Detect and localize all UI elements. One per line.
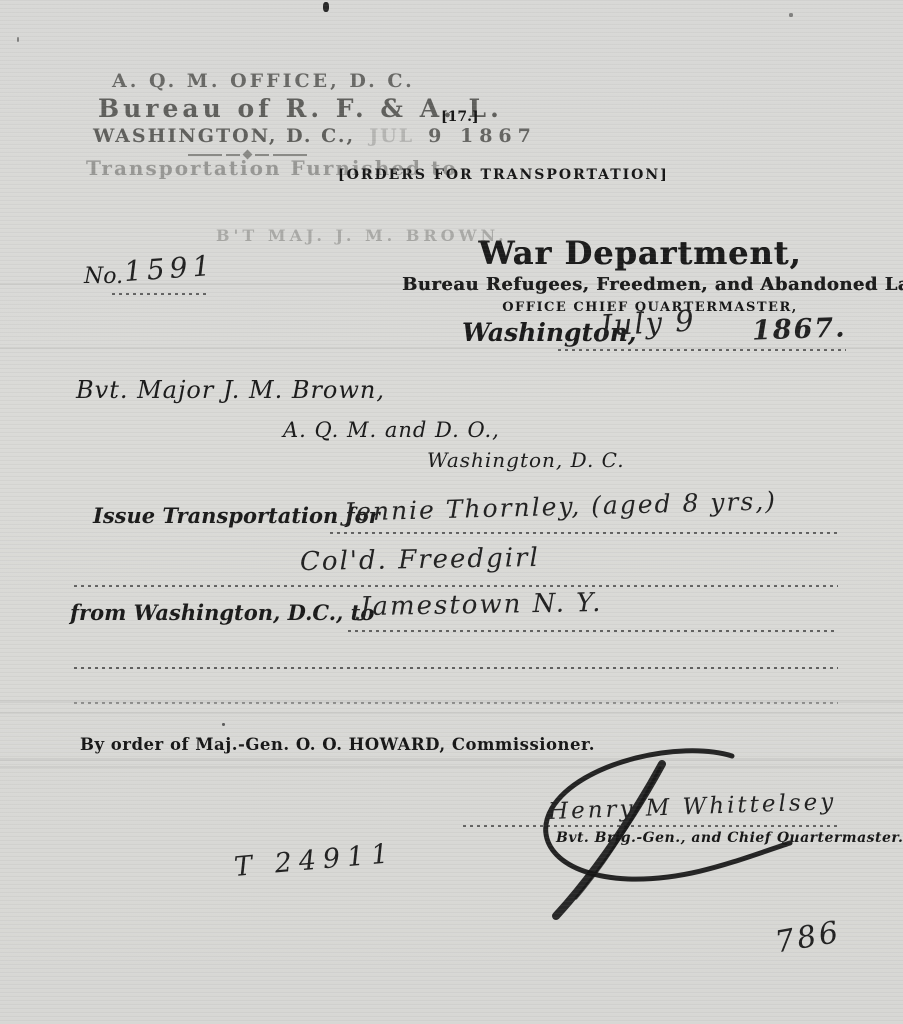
passenger-dotted-line <box>330 532 838 534</box>
office-stamp-line1: A. Q. M. OFFICE, D. C. <box>112 70 415 92</box>
addressee-name: Bvt. Major J. M. Brown, <box>76 376 385 404</box>
addressee-office: A. Q. M. and D. O., <box>283 418 500 442</box>
year-handwritten: 1867. <box>751 312 847 346</box>
form-number-label: No. <box>84 264 123 289</box>
letterhead-department: War Department, <box>460 234 820 272</box>
document-page: A. Q. M. OFFICE, D. C. Bureau of R. F. &… <box>0 0 903 1024</box>
blank-dotted-line-1 <box>74 667 838 669</box>
office-stamp-place: WASHINGTON, D. C., <box>93 125 355 147</box>
form-number-value: 1591 <box>123 249 216 288</box>
signature-title: Bvt. Brig.-Gen., and Chief Quartermaster… <box>556 830 903 846</box>
addressee-city: Washington, D. C. <box>427 448 625 472</box>
letterhead-bureau: Bureau Refugees, Freedmen, and Abandoned… <box>402 274 848 295</box>
file-number-handwritten: T 24911 <box>233 838 397 883</box>
blank-dotted-line-2 <box>74 702 838 704</box>
form-title: [ORDERS FOR TRANSPORTATION] <box>338 167 669 183</box>
description-handwritten: Col'd. Freedgirl <box>300 543 540 577</box>
form-ref: [17.] <box>441 109 479 125</box>
ink-speck <box>17 37 19 42</box>
ink-speck <box>222 723 225 726</box>
ink-speck <box>789 13 793 17</box>
destination-handwritten: Jamestown N. Y. <box>360 588 603 622</box>
page-number-handwritten: 786 <box>772 915 843 961</box>
office-stamp-day-year: 9 1867 <box>428 125 537 147</box>
destination-dotted-line <box>348 630 838 632</box>
ink-speck <box>323 2 329 12</box>
date-handwritten: July 9 <box>599 304 696 343</box>
passenger-handwritten: Jennie Thornley, (aged 8 yrs,) <box>344 486 778 526</box>
number-dotted-line <box>112 293 208 295</box>
office-stamp-month: JUL <box>369 125 414 147</box>
from-label: from Washington, D.C., to <box>70 600 374 625</box>
issue-label: Issue Transportation for <box>93 503 380 528</box>
date-dotted-line <box>558 349 846 351</box>
description-dotted-line <box>74 585 838 587</box>
